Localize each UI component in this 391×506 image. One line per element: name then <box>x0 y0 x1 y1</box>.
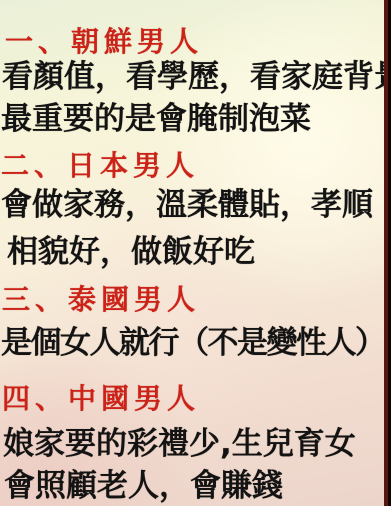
section-4-line-2: 會照顧老人，會賺錢 <box>4 470 283 503</box>
section-3-line-1: 是個女人就行（不是變性人） <box>1 327 385 360</box>
section-1-heading: 一、朝鮮男人 <box>5 27 203 56</box>
right-edge-border <box>384 0 391 506</box>
section-2-heading: 二、日本男人 <box>1 151 199 180</box>
section-4-line-1: 娘家要的彩禮少,生兒育女 <box>3 428 356 461</box>
section-1-line-1: 看顏值，看學歷，看家庭背景 <box>2 61 391 94</box>
section-2-line-2: 相貌好，做飯好吃 <box>7 236 255 269</box>
section-2-line-1: 會做家務，溫柔體貼，孝順 <box>1 189 373 222</box>
meme-text-image: 一、朝鮮男人 看顏值，看學歷，看家庭背景 最重要的是會腌制泡菜 二、日本男人 會… <box>0 0 391 506</box>
section-3-heading: 三、泰國男人 <box>2 285 200 314</box>
section-1-line-2: 最重要的是會腌制泡菜 <box>1 103 311 136</box>
section-4-heading: 四、中國男人 <box>2 384 200 413</box>
